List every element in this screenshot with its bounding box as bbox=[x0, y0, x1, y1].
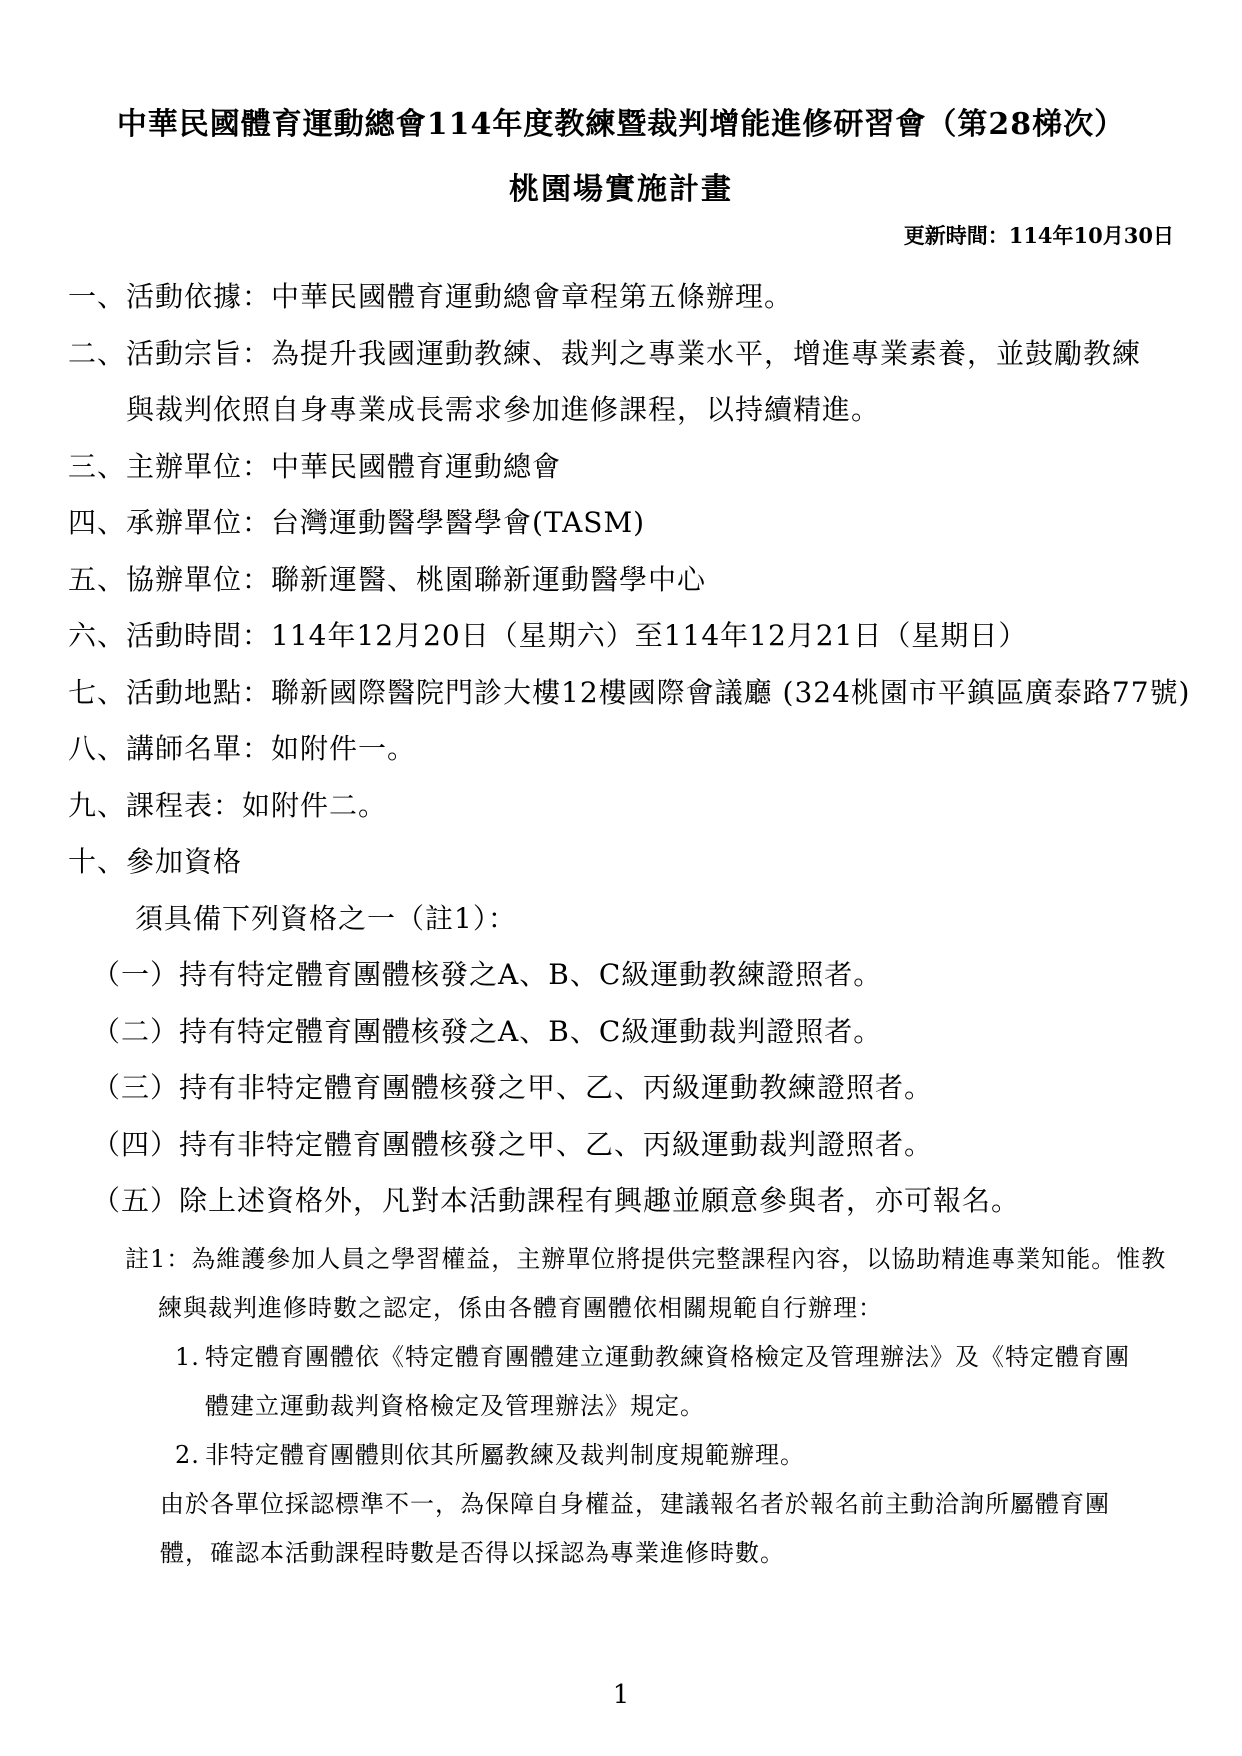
document-title-line2: 桃園場實施計畫 bbox=[68, 169, 1174, 211]
item-line: 課程表：如附件二。 bbox=[126, 778, 1174, 835]
qualification-item-5: （五） 除上述資格外，凡對本活動課程有興趣並願意參與者，亦可報名。 bbox=[92, 1173, 1174, 1230]
item-label: 三、 bbox=[68, 439, 126, 496]
item-line: 活動宗旨：為提升我國運動教練、裁判之專業水平，增進專業素養，並鼓勵教練 bbox=[126, 326, 1174, 383]
qualification-item-1: （一） 持有特定體育團體核發之A、B、C級運動教練證照者。 bbox=[92, 947, 1174, 1004]
footnote-numbered-item-2: 2. 非特定體育團體則依其所屬教練及裁判制度規範辦理。 bbox=[175, 1431, 1174, 1480]
item-label: （三） bbox=[92, 1060, 179, 1117]
page-content: 中華民國體育運動總會114年度教練暨裁判增能進修研習會（第28梯次） 桃園場實施… bbox=[68, 0, 1174, 1578]
item-label: （五） bbox=[92, 1173, 179, 1230]
item-label: 一、 bbox=[68, 269, 126, 326]
item-line: 體建立運動裁判資格檢定及管理辦法》規定。 bbox=[205, 1382, 1174, 1431]
item-text: 持有非特定體育團體核發之甲、乙、丙級運動裁判證照者。 bbox=[179, 1117, 933, 1174]
list-item-co-organizer: 五、 協辦單位：聯新運醫、桃園聯新運動醫學中心 bbox=[68, 552, 1174, 609]
item-line: 協辦單位：聯新運醫、桃園聯新運動醫學中心 bbox=[126, 552, 1174, 609]
updated-timestamp: 更新時間：114年10月30日 bbox=[68, 221, 1174, 251]
item-text: 持有特定體育團體核發之A、B、C級運動裁判證照者。 bbox=[179, 1004, 882, 1061]
footnote-label: 註1： bbox=[125, 1235, 191, 1284]
footnote-line-1: 註1： 為維護參加人員之學習權益，主辦單位將提供完整課程內容，以協助精進專業知能… bbox=[125, 1235, 1174, 1284]
footnote-text: 為維護參加人員之學習權益，主辦單位將提供完整課程內容，以協助精進專業知能。惟教 bbox=[191, 1235, 1166, 1284]
item-line: 主辦單位：中華民國體育運動總會 bbox=[126, 439, 1174, 496]
item-label: 1. bbox=[175, 1333, 205, 1431]
item-line: 活動依據：中華民國體育運動總會章程第五條辦理。 bbox=[126, 269, 1174, 326]
item-label: 二、 bbox=[68, 326, 126, 439]
item-line: 活動地點：聯新國際醫院門診大樓12樓國際會議廳 (324桃園市平鎮區廣泰路77號… bbox=[126, 665, 1174, 722]
item-line: 特定體育團體依《特定體育團體建立運動教練資格檢定及管理辦法》及《特定體育團 bbox=[205, 1333, 1174, 1382]
item-label: 五、 bbox=[68, 552, 126, 609]
document-title-line1: 中華民國體育運動總會114年度教練暨裁判增能進修研習會（第28梯次） bbox=[68, 104, 1174, 146]
list-item-lecturer-list: 八、 講師名單：如附件一。 bbox=[68, 721, 1174, 778]
footnote-closing-line: 體，確認本活動課程時數是否得以採認為專業進修時數。 bbox=[160, 1529, 1174, 1578]
document-body: 一、 活動依據：中華民國體育運動總會章程第五條辦理。 二、 活動宗旨：為提升我國… bbox=[68, 269, 1174, 1578]
footnote-closing-line: 由於各單位採認標準不一，為保障自身權益，建議報名者於報名前主動洽詢所屬體育團 bbox=[160, 1480, 1174, 1529]
item-line: 非特定體育團體則依其所屬教練及裁判制度規範辦理。 bbox=[205, 1431, 1174, 1480]
footnote-line-2: 練與裁判進修時數之認定，係由各體育團體依相關規範自行辦理： bbox=[158, 1284, 1174, 1333]
document-page: 中華民國體育運動總會114年度教練暨裁判增能進修研習會（第28梯次） 桃園場實施… bbox=[0, 0, 1242, 1756]
footnote-section: 註1： 為維護參加人員之學習權益，主辦單位將提供完整課程內容，以協助精進專業知能… bbox=[68, 1235, 1174, 1578]
item-label: 六、 bbox=[68, 608, 126, 665]
item-label: 八、 bbox=[68, 721, 126, 778]
item-label: 四、 bbox=[68, 495, 126, 552]
item-label: （一） bbox=[92, 947, 179, 1004]
item-text: 持有特定體育團體核發之A、B、C級運動教練證照者。 bbox=[179, 947, 882, 1004]
list-item-activity-location: 七、 活動地點：聯新國際醫院門診大樓12樓國際會議廳 (324桃園市平鎮區廣泰路… bbox=[68, 665, 1174, 722]
item-label: 九、 bbox=[68, 778, 126, 835]
qualification-intro: 須具備下列資格之一（註1）： bbox=[135, 891, 1174, 948]
list-item-participation-qualification: 十、 參加資格 bbox=[68, 834, 1174, 891]
item-line: 承辦單位：台灣運動醫學醫學會(TASM) bbox=[126, 495, 1174, 552]
item-label: （四） bbox=[92, 1117, 179, 1174]
item-label: 十、 bbox=[68, 834, 126, 891]
item-line: 與裁判依照自身專業成長需求參加進修課程，以持續精進。 bbox=[126, 382, 1174, 439]
item-line: 參加資格 bbox=[126, 834, 1174, 891]
list-item-activity-basis: 一、 活動依據：中華民國體育運動總會章程第五條辦理。 bbox=[68, 269, 1174, 326]
footnote-closing: 由於各單位採認標準不一，為保障自身權益，建議報名者於報名前主動洽詢所屬體育團 體… bbox=[160, 1480, 1174, 1578]
qualification-item-2: （二） 持有特定體育團體核發之A、B、C級運動裁判證照者。 bbox=[92, 1004, 1174, 1061]
list-item-organizer: 三、 主辦單位：中華民國體育運動總會 bbox=[68, 439, 1174, 496]
item-line: 講師名單：如附件一。 bbox=[126, 721, 1174, 778]
item-text: 持有非特定體育團體核發之甲、乙、丙級運動教練證照者。 bbox=[179, 1060, 933, 1117]
qualification-item-4: （四） 持有非特定體育團體核發之甲、乙、丙級運動裁判證照者。 bbox=[92, 1117, 1174, 1174]
item-label: 七、 bbox=[68, 665, 126, 722]
list-item-undertaker: 四、 承辦單位：台灣運動醫學醫學會(TASM) bbox=[68, 495, 1174, 552]
item-text: 除上述資格外，凡對本活動課程有興趣並願意參與者，亦可報名。 bbox=[179, 1173, 1020, 1230]
list-item-activity-time: 六、 活動時間：114年12月20日（星期六）至114年12月21日（星期日） bbox=[68, 608, 1174, 665]
item-label: （二） bbox=[92, 1004, 179, 1061]
item-label: 2. bbox=[175, 1431, 205, 1480]
item-line: 活動時間：114年12月20日（星期六）至114年12月21日（星期日） bbox=[126, 608, 1174, 665]
list-item-activity-purpose: 二、 活動宗旨：為提升我國運動教練、裁判之專業水平，增進專業素養，並鼓勵教練 與… bbox=[68, 326, 1174, 439]
footnote-numbered-item-1: 1. 特定體育團體依《特定體育團體建立運動教練資格檢定及管理辦法》及《特定體育團… bbox=[175, 1333, 1174, 1431]
list-item-course-schedule: 九、 課程表：如附件二。 bbox=[68, 778, 1174, 835]
qualification-item-3: （三） 持有非特定體育團體核發之甲、乙、丙級運動教練證照者。 bbox=[92, 1060, 1174, 1117]
page-number: 1 bbox=[0, 1678, 1242, 1712]
